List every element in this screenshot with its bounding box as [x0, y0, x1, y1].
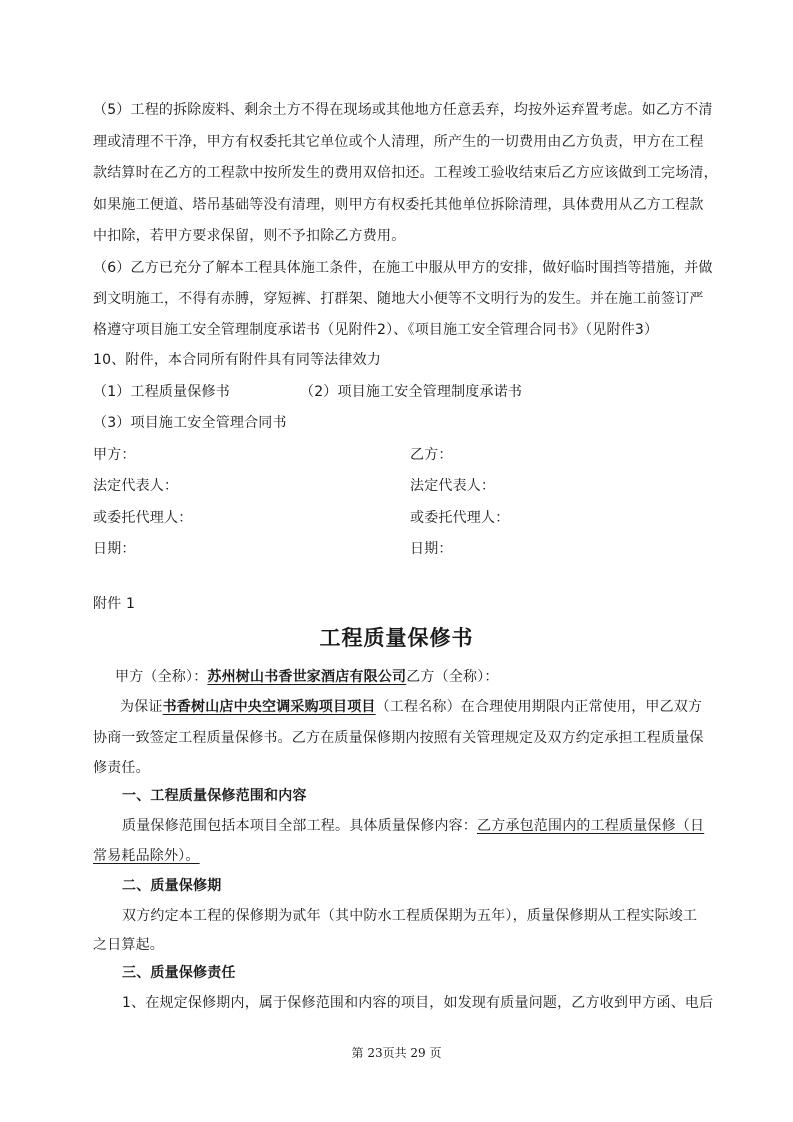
party-a-fullname-label: 甲方（全称）：	[115, 669, 207, 685]
intro-line-3: 修责任。	[93, 758, 150, 778]
clause5-line-5: 中扣除，若甲方要求保留，则不予扣除乙方费用。	[93, 226, 405, 246]
clause6-line-3: 格遵守项目施工安全管理制度承诺书（见附件2）、《项目施工安全管理合同书》（见附件…	[93, 320, 658, 340]
clause5-line-1: （5）工程的拆除废料、剩余土方不得在现场或其他地方任意丢弃，均按外运弃置考虑。如…	[93, 100, 713, 120]
party-a-label: 甲方：	[93, 445, 136, 465]
clause5-line-4: 如果施工便道、塔吊基础等没有清理，则甲方有权委托其他单位拆除清理，具体费用从乙方…	[93, 195, 704, 215]
section2-line-1: 双方约定本工程的保修期为贰年（其中防水工程质保期为五年），质量保修期从工程实际竣…	[122, 906, 697, 926]
section2-heading: 二、质量保修期	[122, 876, 221, 896]
party-b-agent: 或委托代理人：	[410, 508, 509, 528]
clause10-heading: 10、附件，本合同所有附件具有同等法律效力	[93, 350, 381, 370]
party-b-legal-rep: 法定代表人：	[410, 476, 495, 496]
party-a-fullname: 苏州树山书香世家酒店有限公司	[207, 669, 406, 685]
page-footer: 第 23页共 29 页	[0, 1045, 793, 1061]
intro-suffix: （工程名称）在合理使用期限内正常使用，甲乙双方	[376, 699, 703, 715]
clause6-line-2: 到文明施工，不得有赤膊，穿短裤、打群架、随地大小便等不文明行为的发生。并在施工前…	[93, 289, 704, 309]
section1-heading: 一、工程质量保修范围和内容	[122, 786, 307, 806]
clause5-line-3: 款结算时在乙方的工程款中按所发生的费用双倍扣还。工程竣工验收结束后乙方应该做到工…	[93, 163, 718, 183]
party-b-fullname-label: 乙方（全称）：	[406, 669, 498, 685]
party-a-date: 日期：	[93, 539, 136, 559]
intro-line-1: 为保证书香树山店中央空调采购项目项目（工程名称）在合理使用期限内正常使用，甲乙双…	[120, 697, 702, 717]
party-b-label: 乙方：	[410, 445, 453, 465]
section1-content-2: 常易耗品除外）。	[93, 848, 200, 864]
party-b-date: 日期：	[410, 539, 453, 559]
section3-heading: 三、质量保修责任	[122, 963, 236, 983]
section1-prefix: 质量保修范围包括本项目全部工程。具体质量保修内容：	[122, 818, 477, 834]
attachment-3: （3）项目施工安全管理合同书	[93, 413, 287, 433]
clause5-line-2: 理或清理不干净，甲方有权委托其它单位或个人清理，所产生的一切费用由乙方负责，甲方…	[93, 132, 704, 152]
party-a-legal-rep: 法定代表人：	[93, 476, 178, 496]
intro-line-2: 协商一致签定工程质量保修书。乙方在质量保修期内按照有关管理规定及双方约定承担工程…	[93, 728, 704, 748]
party-a-agent: 或委托代理人：	[93, 508, 192, 528]
section1-line-2: 常易耗品除外）。	[93, 846, 200, 866]
section2-line-2: 之日算起。	[93, 935, 164, 955]
attachment-2: （2）项目施工安全管理制度承诺书	[300, 382, 522, 402]
section3-line-1: 1、在规定保修期内，属于保修范围和内容的项目，如发现有质量问题，乙方收到甲方函、…	[122, 993, 713, 1013]
appendix-label: 附件 1	[93, 594, 135, 614]
appendix-title: 工程质量保修书	[0, 624, 793, 652]
clause6-line-1: （6）乙方已充分了解本工程具体施工条件，在施工中服从甲方的安排，做好临时围挡等措…	[93, 258, 713, 278]
appendix-parties-line: 甲方（全称）：苏州树山书香世家酒店有限公司乙方（全称）：	[115, 667, 499, 687]
intro-prefix: 为保证	[120, 699, 163, 715]
section1-line-1: 质量保修范围包括本项目全部工程。具体质量保修内容：乙方承包范围内的工程质量保修（…	[122, 816, 704, 836]
project-name: 书香树山店中央空调采购项目项目	[163, 699, 376, 715]
section1-content-1: 乙方承包范围内的工程质量保修（日	[477, 818, 704, 834]
attachment-1: （1）工程质量保修书	[93, 382, 230, 402]
